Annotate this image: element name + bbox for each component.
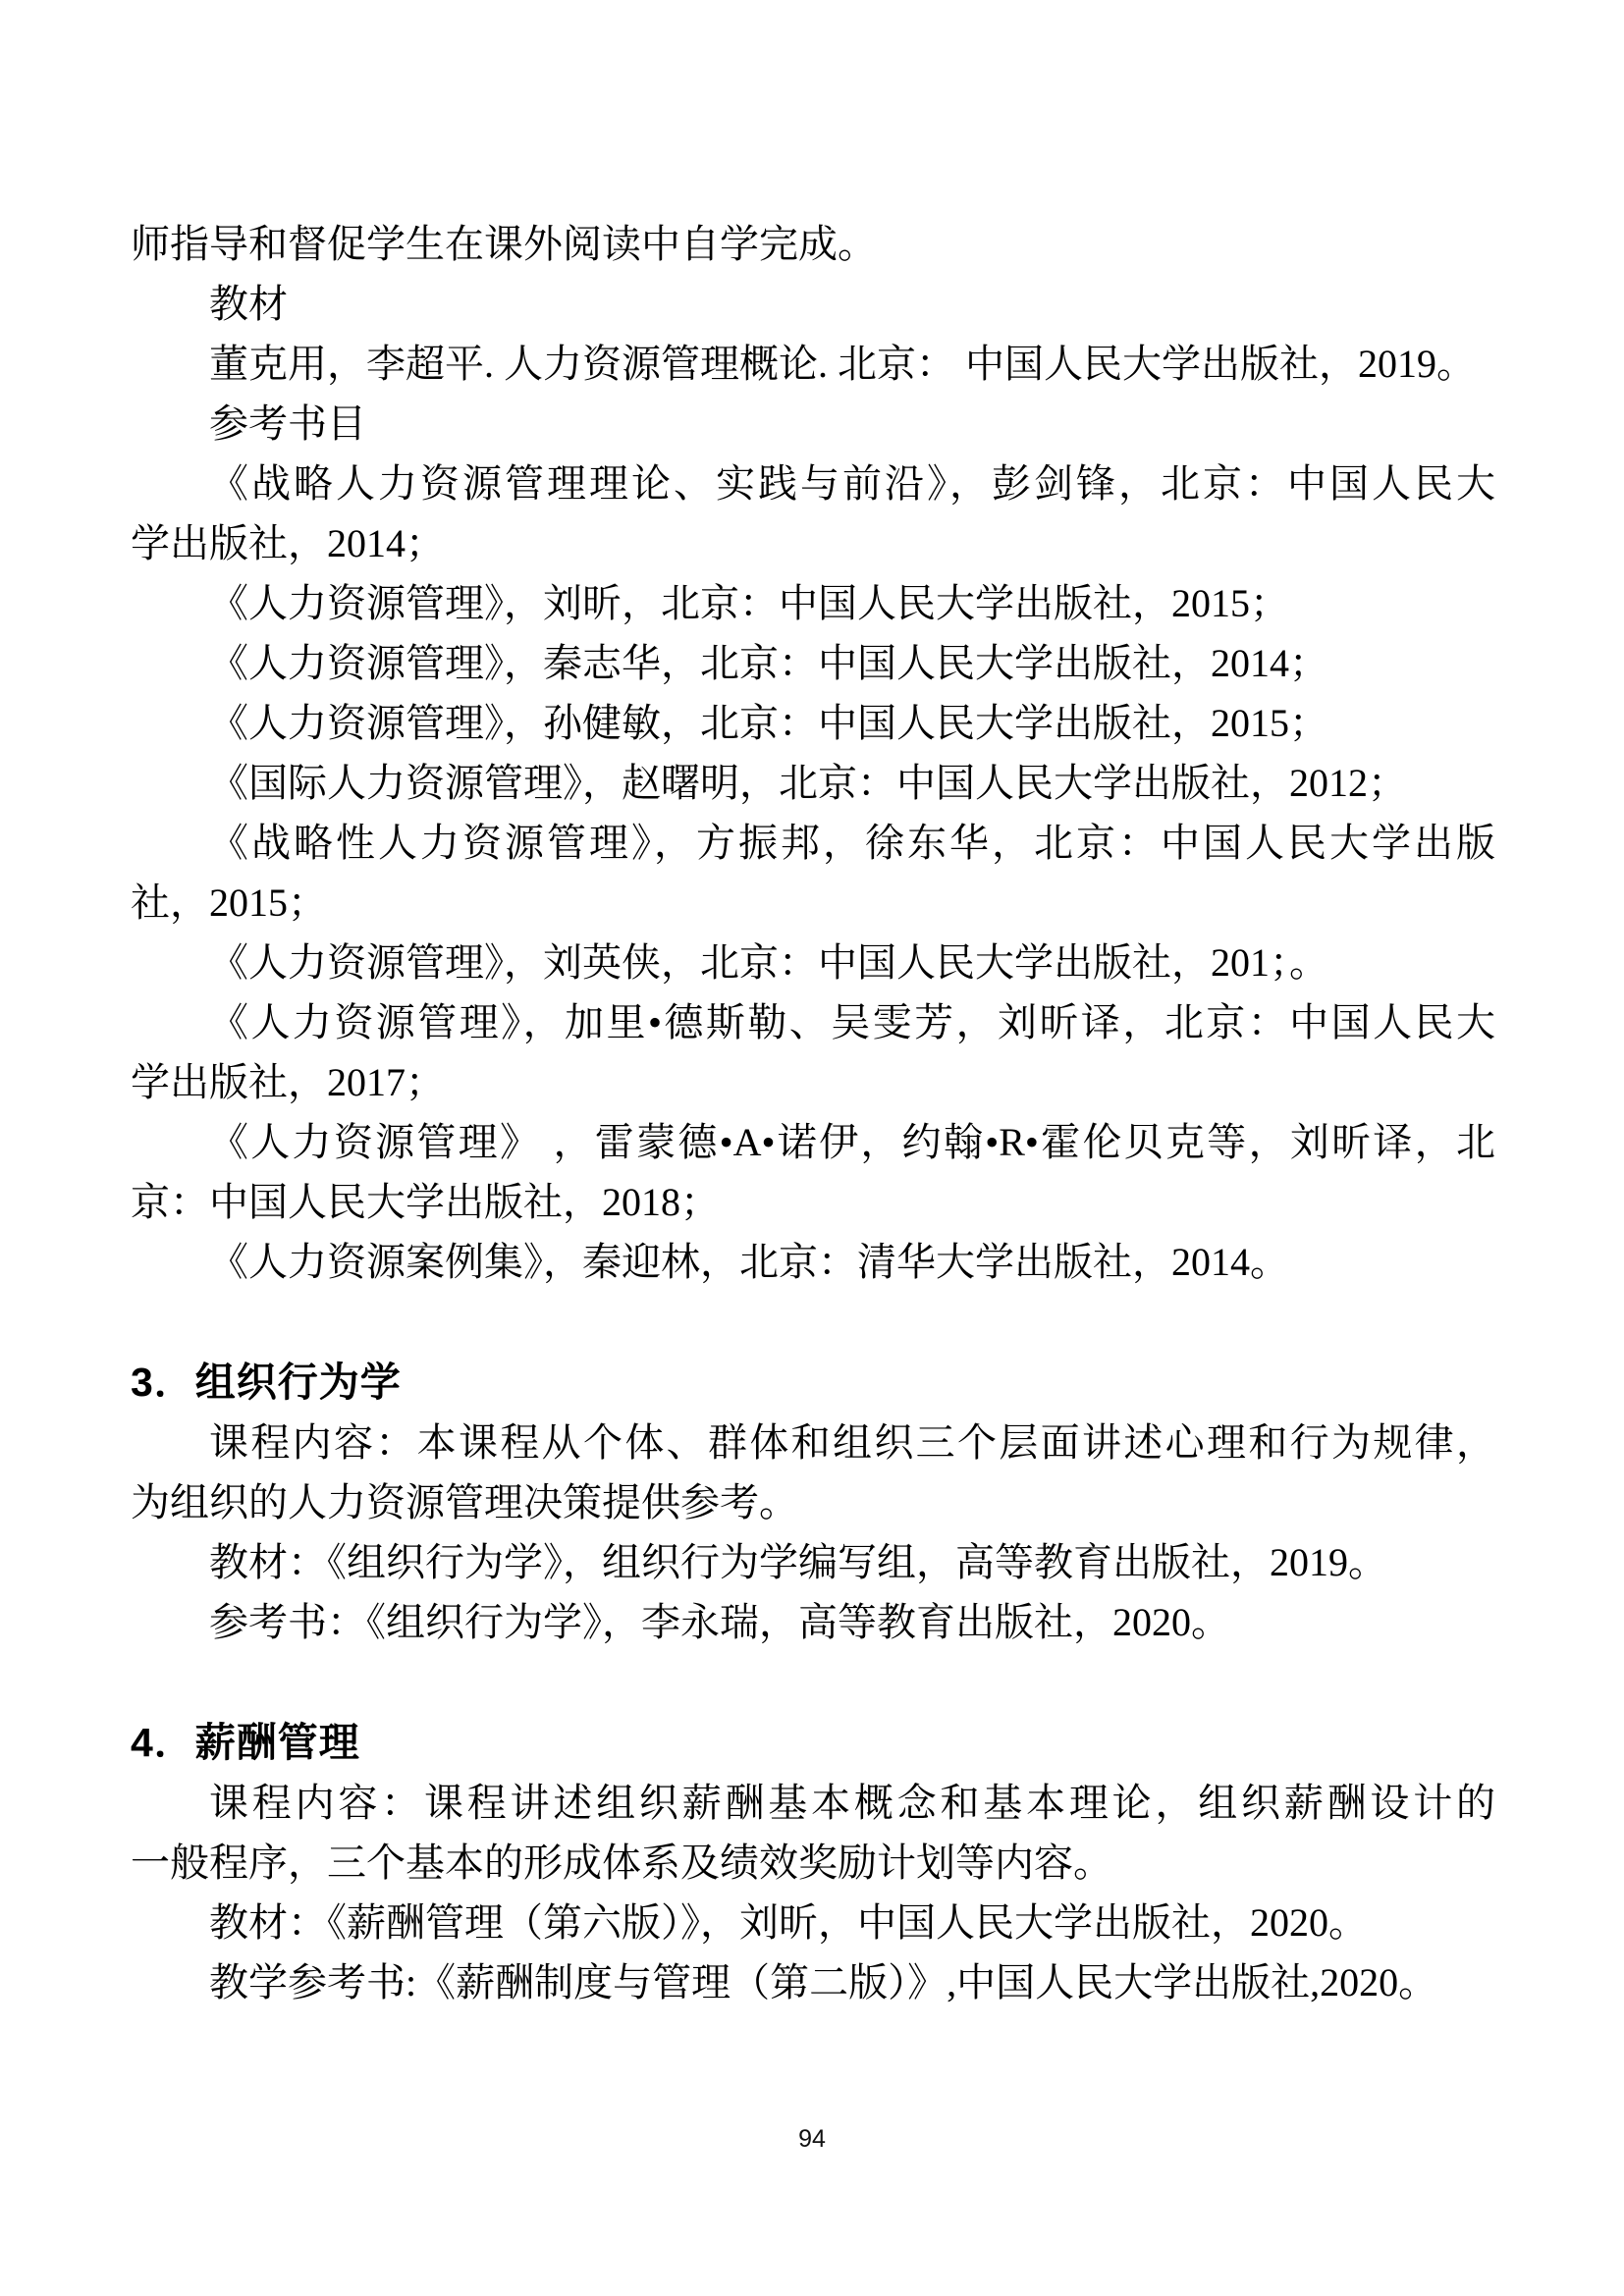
document-line: 学出版社，2017； bbox=[131, 1052, 1495, 1112]
document-line: 《国际人力资源管理》，赵曙明，北京：中国人民大学出版社，2012； bbox=[131, 753, 1495, 813]
document-line: 参考书目 bbox=[131, 394, 1495, 454]
document-content: 师指导和督促学生在课外阅读中自学完成。教材董克用，李超平. 人力资源管理概论. … bbox=[131, 214, 1495, 2012]
document-line: 《战略性人力资源管理》，方振邦，徐东华，北京：中国人民大学出版 bbox=[131, 813, 1495, 873]
document-line: 《人力资源案例集》，秦迎林，北京：清华大学出版社，2014。 bbox=[131, 1232, 1495, 1292]
document-line: 参考书：《组织行为学》，李永瑞，高等教育出版社，2020。 bbox=[131, 1592, 1495, 1652]
document-line: 教材：《薪酬管理（第六版）》，刘昕，中国人民大学出版社，2020。 bbox=[131, 1893, 1495, 1952]
document-line: 《人力资源管理》，秦志华，北京：中国人民大学出版社，2014； bbox=[131, 633, 1495, 693]
document-page: 师指导和督促学生在课外阅读中自学完成。教材董克用，李超平. 人力资源管理概论. … bbox=[0, 0, 1624, 2296]
document-line: 教学参考书:《薪酬制度与管理（第二版）》,中国人民大学出版社,2020。 bbox=[131, 1952, 1495, 2012]
document-line: 教材：《组织行为学》，组织行为学编写组，高等教育出版社，2019。 bbox=[131, 1532, 1495, 1592]
document-line: 为组织的人力资源管理决策提供参考。 bbox=[131, 1472, 1495, 1532]
document-line: 课程内容：本课程从个体、群体和组织三个层面讲述心理和行为规律， bbox=[131, 1413, 1495, 1472]
document-line: 《人力资源管理》，加里•德斯勒、吴雯芳，刘昕译，北京：中国人民大 bbox=[131, 992, 1495, 1052]
document-line: 师指导和督促学生在课外阅读中自学完成。 bbox=[131, 214, 1495, 274]
document-line: 一般程序，三个基本的形成体系及绩效奖励计划等内容。 bbox=[131, 1833, 1495, 1893]
section-heading: 3．组织行为学 bbox=[131, 1353, 1495, 1413]
document-line: 《人力资源管理》，刘英侠，北京：中国人民大学出版社，201；。 bbox=[131, 933, 1495, 992]
document-line: 京：中国人民大学出版社，2018； bbox=[131, 1172, 1495, 1232]
document-line: 社，2015； bbox=[131, 873, 1495, 933]
page-number: 94 bbox=[0, 2125, 1624, 2154]
document-line: 董克用，李超平. 人力资源管理概论. 北京： 中国人民大学出版社，2019。 bbox=[131, 334, 1495, 394]
document-line: 《人力资源管理》 ，雷蒙德•A•诺伊，约翰•R•霍伦贝克等，刘昕译，北 bbox=[131, 1112, 1495, 1172]
document-line: 《战略人力资源管理理论、实践与前沿》，彭剑锋，北京：中国人民大 bbox=[131, 454, 1495, 513]
document-line: 学出版社，2014； bbox=[131, 513, 1495, 573]
section-heading: 4．薪酬管理 bbox=[131, 1713, 1495, 1773]
document-line: 《人力资源管理》，刘昕，北京：中国人民大学出版社，2015； bbox=[131, 573, 1495, 633]
document-line: 《人力资源管理》，孙健敏，北京：中国人民大学出版社，2015； bbox=[131, 693, 1495, 753]
document-line: 教材 bbox=[131, 274, 1495, 334]
document-line: 课程内容：课程讲述组织薪酬基本概念和基本理论，组织薪酬设计的 bbox=[131, 1773, 1495, 1833]
